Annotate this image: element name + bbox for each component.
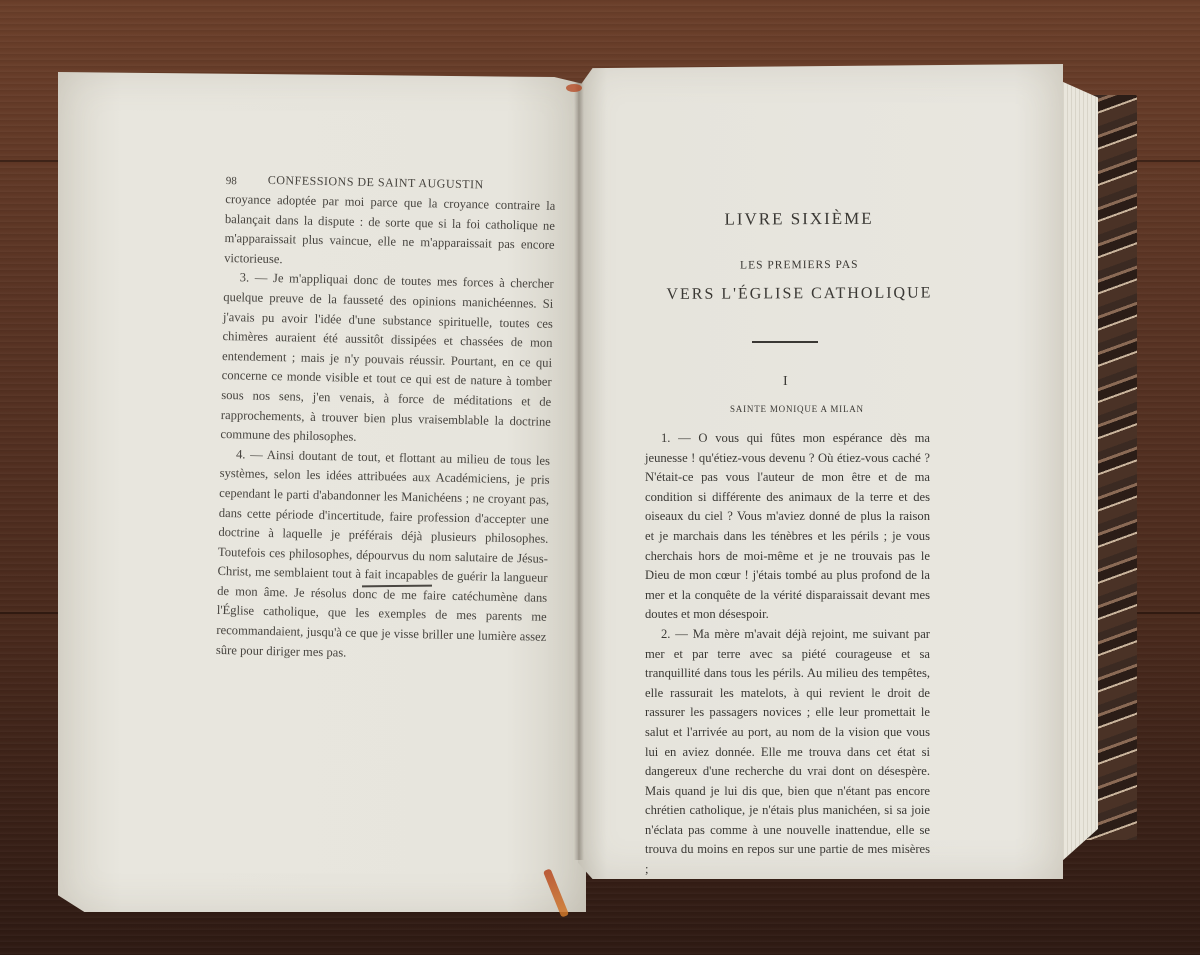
running-title: CONFESSIONS DE SAINT AUGUSTIN <box>268 171 484 195</box>
subtitle-line-2: VERS L'ÉGLISE CATHOLIQUE <box>663 284 935 303</box>
left-page-text: 98 CONFESSIONS DE SAINT AUGUSTIN croyanc… <box>216 170 556 667</box>
book-gutter <box>574 80 584 860</box>
chapter-number: I <box>783 374 788 390</box>
paragraph: 3. — Je m'appliquai donc de toutes mes f… <box>220 268 554 451</box>
right-page-heading: LIVRE SIXIÈME LES PREMIERS PAS VERS L'ÉG… <box>645 208 935 304</box>
right-page-body: 1. — O vous qui fûtes mon espérance dès … <box>645 429 930 880</box>
paragraph: 2. — Ma mère m'avait déjà rejoint, me su… <box>645 625 930 880</box>
chapter-title: SAINTE MONIQUE A MILAN <box>730 404 864 414</box>
page-number: 98 <box>226 172 237 192</box>
bookmark-ribbon-top <box>566 84 582 92</box>
paragraph: 1. — O vous qui fûtes mon espérance dès … <box>645 429 930 625</box>
title-rule <box>752 341 818 343</box>
subtitle-line-1: LES PREMIERS PAS <box>663 258 935 271</box>
book-title: LIVRE SIXIÈME <box>663 208 935 229</box>
paragraph: 4. — Ainsi doutant de tout, et flottant … <box>216 445 550 667</box>
paragraph: croyance adoptée par moi parce que la cr… <box>224 190 556 275</box>
